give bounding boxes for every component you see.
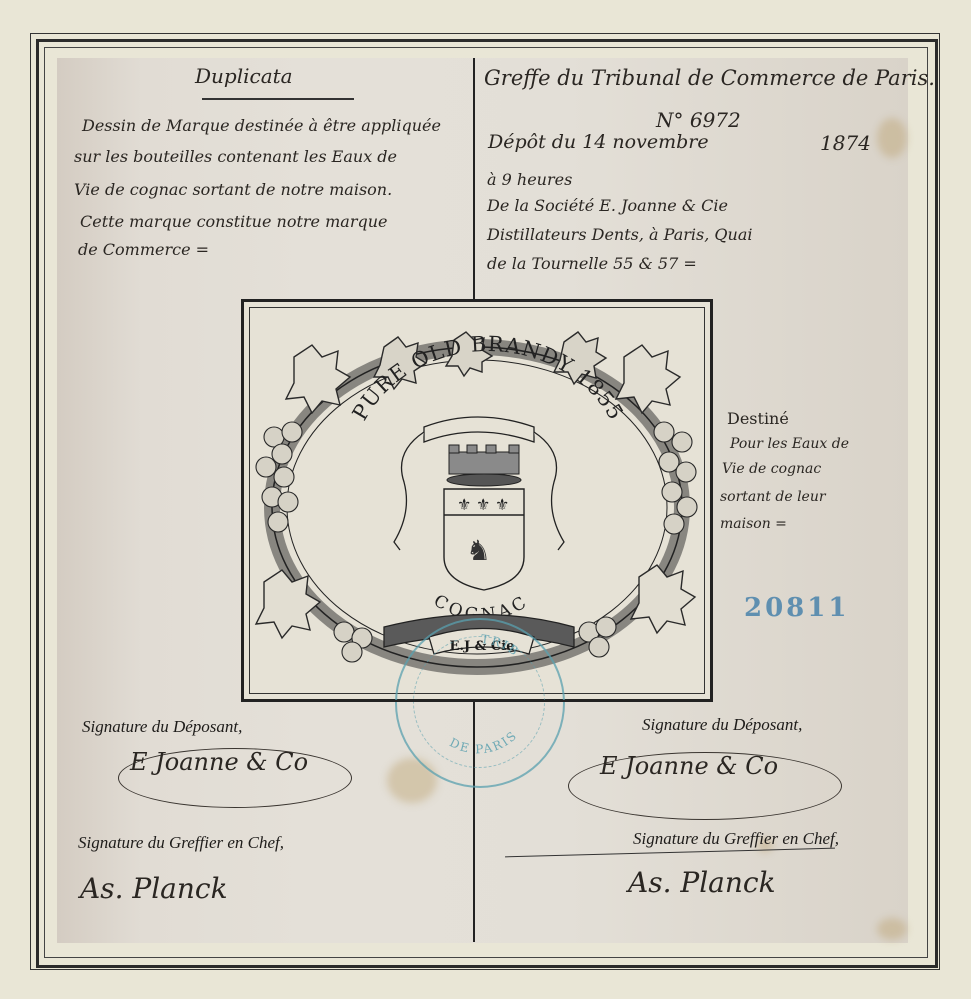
label-bottom-rule xyxy=(241,700,713,702)
depositant-signature-left: E Joanne & Co xyxy=(130,748,308,776)
company-line: De la Société E. Joanne & Cie xyxy=(487,196,728,215)
depositant-label-left: Signature du Déposant, xyxy=(82,717,242,737)
company-line: Distillateurs Dents, à Paris, Quai xyxy=(487,225,752,244)
destine-line: Pour les Eaux de xyxy=(730,436,849,452)
svg-text:TRIB: TRIB xyxy=(480,632,522,659)
svg-text:♞: ♞ xyxy=(466,534,491,567)
depositant-label-right: Signature du Déposant, xyxy=(642,715,802,735)
deposit-number: N° 6972 xyxy=(656,108,741,132)
description-line: de Commerce = xyxy=(78,240,209,259)
deposit-date: 14 novembre xyxy=(582,131,708,153)
svg-text:⚜: ⚜ xyxy=(476,495,490,514)
greffier-signature-right: As. Planck xyxy=(628,866,776,899)
destine-line: sortant de leur xyxy=(720,489,826,505)
tribunal-seal: TRIB DE PARIS xyxy=(395,618,565,788)
foxing-stain xyxy=(877,118,907,158)
number-value: 6972 xyxy=(690,108,741,132)
foxing-stain xyxy=(877,918,907,940)
duplicata-heading: Duplicata xyxy=(195,64,293,88)
shield-icon: ⚜ ⚜ ⚜ ♞ xyxy=(444,489,524,590)
company-line: de la Tournelle 55 & 57 = xyxy=(487,254,697,273)
description-line: Vie de cognac sortant de notre maison. xyxy=(74,180,392,199)
destine-line: maison = xyxy=(720,516,787,532)
number-label: N° xyxy=(656,108,684,132)
column-divider-top xyxy=(473,58,475,299)
greffier-label-left: Signature du Greffier en Chef, xyxy=(78,833,284,853)
svg-text:DE PARIS: DE PARIS xyxy=(447,728,520,757)
svg-text:⚜: ⚜ xyxy=(457,495,471,514)
duplicata-underline xyxy=(202,98,354,100)
deposit-year: 1874 xyxy=(820,131,871,155)
deposit-label: Dépôt du xyxy=(488,131,576,153)
deposit-date-line: Dépôt du 14 novembre xyxy=(488,131,709,153)
description-line: Cette marque constitue notre marque xyxy=(80,212,387,231)
tribunal-header: Greffe du Tribunal de Commerce de Paris. xyxy=(484,66,935,90)
greffier-signature-left: As. Planck xyxy=(80,872,228,905)
description-line: Dessin de Marque destinée à être appliqu… xyxy=(82,116,441,135)
svg-text:⚜: ⚜ xyxy=(495,495,509,514)
description-line: sur les bouteilles contenant les Eaux de xyxy=(74,147,397,166)
mural-crown-icon xyxy=(447,445,521,486)
destine-heading: Destiné xyxy=(727,409,789,428)
greffier-label-right: Signature du Greffier en Chef, xyxy=(633,829,839,849)
destine-line: Vie de cognac xyxy=(722,461,821,477)
register-number-stamp: 20811 xyxy=(744,593,849,623)
deposit-time: à 9 heures xyxy=(487,170,572,189)
depositant-signature-right: E Joanne & Co xyxy=(600,752,778,780)
